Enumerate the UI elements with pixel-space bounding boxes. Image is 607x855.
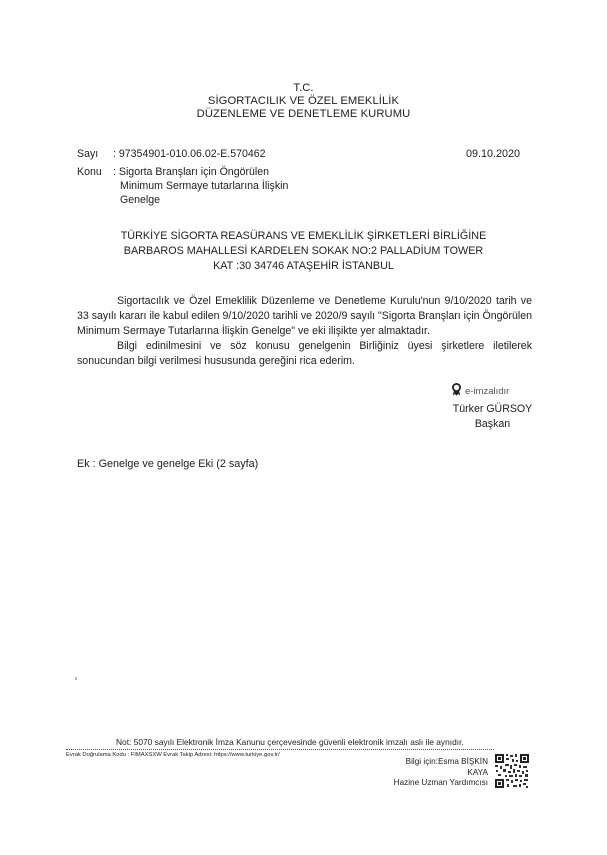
- sayi-label: Sayı: [77, 148, 98, 162]
- scan-artifact: [75, 677, 77, 680]
- contact-line3: Hazine Uzman Yardımcısı: [360, 778, 488, 789]
- body-paragraph-1: Sigortacılık ve Özel Emeklilik Düzenleme…: [77, 294, 532, 339]
- letter-body: Sigortacılık ve Özel Emeklilik Düzenleme…: [77, 294, 532, 369]
- addressee-line1: TÜRKİYE SİGORTA REASÜRANS VE EMEKLİLİK Ş…: [0, 229, 607, 244]
- addressee-block: TÜRKİYE SİGORTA REASÜRANS VE EMEKLİLİK Ş…: [0, 229, 607, 274]
- signatory-block: Türker GÜRSOY Başkan: [430, 402, 555, 432]
- konu-line3: Genelge: [120, 194, 380, 208]
- contact-line2: KAYA: [360, 768, 488, 779]
- attachment-note: Ek : Genelge ve genelge Eki (2 sayfa): [77, 458, 258, 470]
- konu-label: Konu: [77, 166, 102, 180]
- contact-info: Bilgi için:Esma BİŞKİN KAYA Hazine Uzman…: [360, 757, 488, 789]
- signatory-title: Başkan: [430, 417, 555, 432]
- konu-line1: : Sigorta Branşları için Öngörülen: [113, 166, 373, 180]
- institution-header: T.C. SİGORTACILIK VE ÖZEL EMEKLİLİK DÜZE…: [0, 82, 607, 121]
- addressee-line2: BARBAROS MAHALLESİ KARDELEN SOKAK NO:2 P…: [0, 244, 607, 259]
- body-paragraph-2: Bilgi edinilmesini ve söz konusu genelge…: [77, 339, 532, 369]
- addressee-line3: KAT :30 34746 ATAŞEHİR İSTANBUL: [0, 259, 607, 274]
- e-signature-text: e-imzalıdır: [465, 386, 509, 397]
- legal-note: Not: 5070 sayılı Elektronik İmza Kanunu …: [116, 737, 464, 747]
- qr-code-icon: [494, 753, 530, 789]
- rosette-icon: [451, 383, 462, 399]
- konu-line2: Minimum Sermaye tutarlarına İlişkin: [120, 180, 380, 194]
- footer-rule: Not: 5070 sayılı Elektronik İmza Kanunu …: [66, 738, 494, 750]
- verification-line: Evrak Doğrulama Kodu : FIMAXSXW Evrak Ta…: [66, 752, 280, 758]
- signatory-name: Türker GÜRSOY: [430, 402, 555, 417]
- document-date: 09.10.2020: [466, 148, 520, 160]
- document-meta: Sayı : 97354901-010.06.02-E.570462 Konu …: [77, 148, 377, 208]
- header-agency-line1: SİGORTACILIK VE ÖZEL EMEKLİLİK: [0, 95, 607, 108]
- header-tc: T.C.: [0, 82, 607, 95]
- sayi-value: : 97354901-010.06.02-E.570462: [113, 148, 373, 162]
- contact-line1: Bilgi için:Esma BİŞKİN: [360, 757, 488, 768]
- e-signature-mark: e-imzalıdır: [451, 383, 509, 399]
- header-agency-line2: DÜZENLEME VE DENETLEME KURUMU: [0, 108, 607, 121]
